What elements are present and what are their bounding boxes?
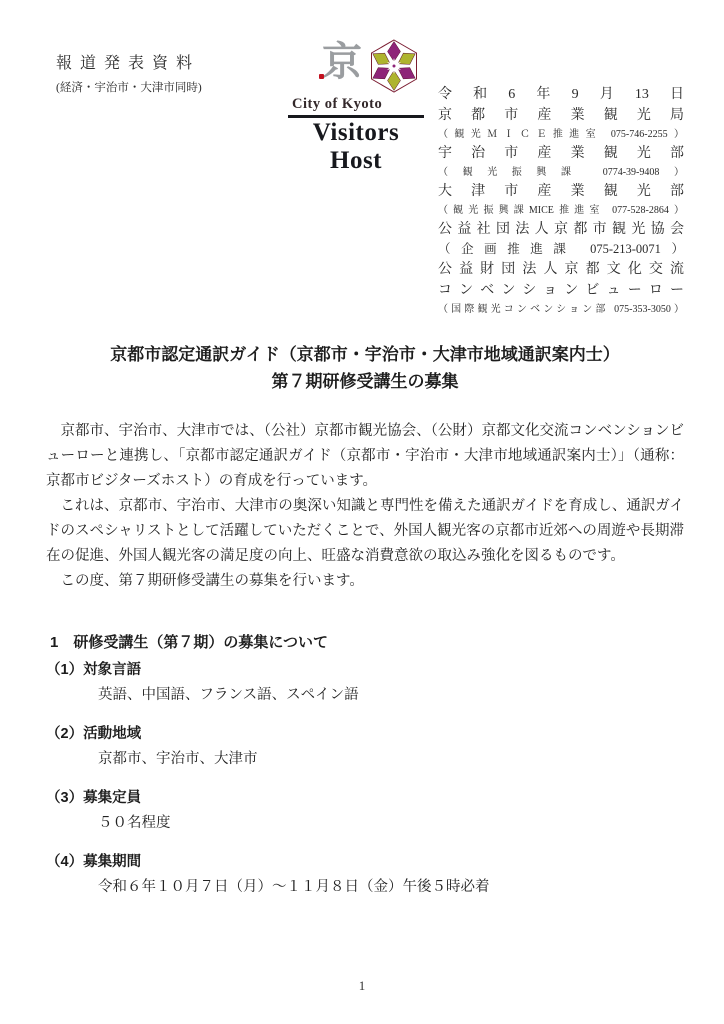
press-release-label: 報道発表資料: [56, 50, 202, 73]
document-header: 報道発表資料 (経済・宇治市・大津市同時) 京: [0, 0, 724, 335]
page-title-line2: 第７期研修受講生の募集: [46, 368, 684, 395]
logo-city-text: City of Kyoto: [288, 96, 424, 113]
document-body: 京都市認定通訳ガイド（京都市・宇治市・大津市地域通訳案内士） 第７期研修受講生の…: [0, 341, 724, 900]
press-release-label-block: 報道発表資料 (経済・宇治市・大津市同時): [56, 50, 202, 95]
kyo-character-glyph: 京: [322, 40, 362, 84]
contact-line-otsu-phone: （観光振興課MICE推進室 077-528-2864）: [438, 202, 684, 219]
kyoto-visitors-host-logo: 京 City of Kyoto: [288, 38, 424, 175]
contact-line-tourism-assoc: 公益社団法人京都市観光協会: [438, 219, 684, 240]
subsection-label: （2）活動地域: [46, 722, 684, 747]
contact-line-otsu-dept: 大津市産業観光部: [438, 181, 684, 202]
logo-host-text: Visitors Host: [288, 119, 424, 175]
subsection-content: 京都市、宇治市、大津市: [46, 747, 684, 772]
contact-line-kyoto-bureau: 京都市産業観光局: [438, 105, 684, 126]
contact-line-foundation-2: コンベンションビューロー: [438, 280, 684, 301]
contact-line-foundation-1: 公益財団法人京都文化交流: [438, 259, 684, 280]
body-paragraph: 京都市、宇治市、大津市では、（公社）京都市観光協会、（公財）京都文化交流コンベン…: [46, 419, 684, 494]
contact-line-kyoto-phone: （観光ＭＩＣＥ推進室 075-746-2255）: [438, 126, 684, 143]
page-title-line1: 京都市認定通訳ガイド（京都市・宇治市・大津市地域通訳案内士）: [46, 341, 684, 368]
page-title: 京都市認定通訳ガイド（京都市・宇治市・大津市地域通訳案内士） 第７期研修受講生の…: [46, 341, 684, 395]
subsection-content: ５０名程度: [46, 811, 684, 836]
red-seal-dot-icon: [319, 74, 324, 79]
body-paragraph: これは、京都市、宇治市、大津市の奥深い知識と専門性を備えた通訳ガイドを育成し、通…: [46, 494, 684, 569]
subsection-content: 令和６年１０月７日（月）～１１月８日（金）午後５時必着: [46, 875, 684, 900]
contact-line-assoc-phone: （企画推進課 075-213-0071）: [438, 240, 684, 259]
section-heading: 1 研修受講生（第７期）の募集について: [46, 630, 684, 655]
page-number: 1: [0, 978, 724, 994]
contact-block: 令和6年9月13日 京都市産業観光局 （観光ＭＩＣＥ推進室 075-746-22…: [438, 84, 684, 318]
subsection-label: （3）募集定員: [46, 786, 684, 811]
subsection-application-period: （4）募集期間 令和６年１０月７日（月）～１１月８日（金）午後５時必着: [46, 850, 684, 900]
contact-line-bureau-phone: （国際観光コンベンション部 075-353-3050）: [438, 301, 684, 318]
recruitment-section: 1 研修受講生（第７期）の募集について （1）対象言語 英語、中国語、フランス語…: [46, 630, 684, 900]
press-release-note: (経済・宇治市・大津市同時): [56, 79, 202, 95]
intro-paragraphs: 京都市、宇治市、大津市では、（公社）京都市観光協会、（公財）京都文化交流コンベン…: [46, 419, 684, 594]
subsection-label: （1）対象言語: [46, 658, 684, 683]
subsection-activity-area: （2）活動地域 京都市、宇治市、大津市: [46, 722, 684, 772]
document-page: 報道発表資料 (経済・宇治市・大津市同時) 京: [0, 0, 724, 1024]
subsection-label: （4）募集期間: [46, 850, 684, 875]
contact-line-date: 令和6年9月13日: [438, 84, 684, 105]
logo-emblem-row: 京: [288, 38, 424, 94]
subsection-target-languages: （1）対象言語 英語、中国語、フランス語、スペイン語: [46, 658, 684, 708]
logo-divider: [288, 115, 424, 118]
flower-emblem-icon: [366, 38, 422, 94]
subsection-content: 英語、中国語、フランス語、スペイン語: [46, 683, 684, 708]
subsection-capacity: （3）募集定員 ５０名程度: [46, 786, 684, 836]
contact-line-uji-dept: 宇治市産業観光部: [438, 143, 684, 164]
contact-line-uji-phone: （観光振興課 0774-39-9408）: [438, 164, 684, 181]
body-paragraph: この度、第７期研修受講生の募集を行います。: [46, 569, 684, 594]
